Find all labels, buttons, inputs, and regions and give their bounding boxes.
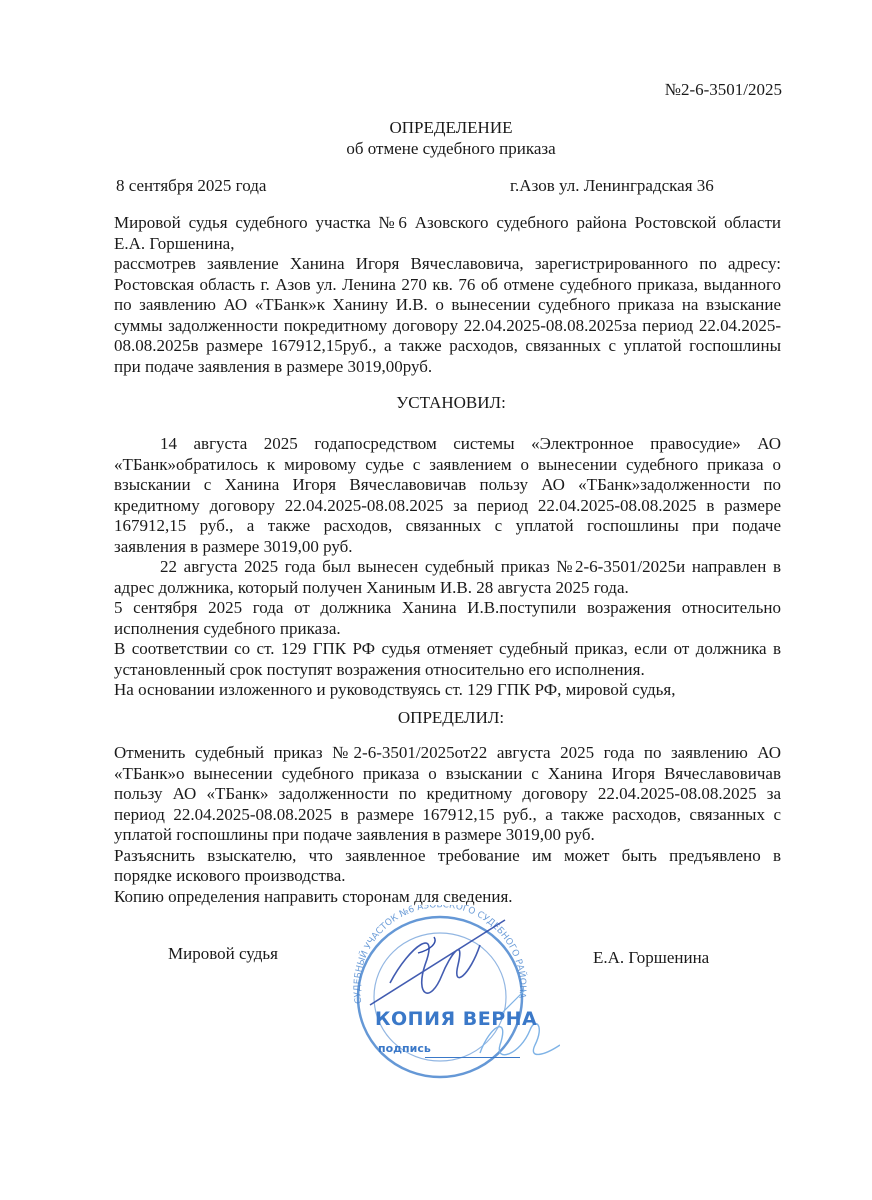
text-line: В соответствии со ст. 129 ГПК РФ судья о… [114, 639, 781, 660]
text-line: 08.08.2025в размере 167912,15руб., а так… [114, 336, 781, 357]
text-line: при подаче заявления в размере 3019,00ру… [114, 357, 781, 378]
text-line: порядке искового производства. [114, 866, 781, 887]
text-line: 167912,15 руб., а также расходов, связан… [114, 516, 781, 537]
text-line: 5 сентября 2025 года от должника Ханина … [114, 598, 781, 619]
text-line: взыскании с Ханина Игоря Вячеславовичав … [114, 475, 781, 496]
text-line: по заявлению АО «ТБанк»к Ханину И.В. о в… [114, 295, 781, 316]
text-line: 22 августа 2025 года был вынесен судебны… [114, 557, 781, 578]
ruled-paragraph: Отменить судебный приказ №2-6-3501/2025о… [114, 743, 781, 907]
section-heading-ruled: ОПРЕДЕЛИЛ: [0, 708, 872, 728]
text-line: период 22.04.2025-08.08.2025 в размере 1… [114, 805, 781, 826]
text-line: Е.А. Горшенина, [114, 234, 781, 255]
signature-name: Е.А. Горшенина [593, 948, 709, 968]
text-line: суммы задолженности покредитному договор… [114, 316, 781, 337]
text-line: Ростовская область г. Азов ул. Ленина 27… [114, 275, 781, 296]
text-line: 14 августа 2025 годапосредством системы … [114, 434, 781, 455]
stamp-seal-icon: СУДЕБНЫЙ УЧАСТОК №6 АЗОВСКОГО СУДЕБНОГО … [330, 905, 560, 1080]
document-title: ОПРЕДЕЛЕНИЕ [0, 118, 872, 138]
text-line: пользу АО «ТБанк» задолженности по креди… [114, 784, 781, 805]
established-paragraph: 14 августа 2025 годапосредством системы … [114, 434, 781, 701]
text-line: Отменить судебный приказ №2-6-3501/2025о… [114, 743, 781, 764]
text-line: установленный срок поступят возражения о… [114, 660, 781, 681]
stamp-signature-label: подпись [378, 1042, 431, 1055]
svg-text:СУДЕБНЫЙ УЧАСТОК №6 АЗОВСКОГО: СУДЕБНЫЙ УЧАСТОК №6 АЗОВСКОГО СУДЕБНОГО … [353, 905, 528, 1004]
court-stamp: СУДЕБНЫЙ УЧАСТОК №6 АЗОВСКОГО СУДЕБНОГО … [330, 905, 560, 1080]
section-heading-established: УСТАНОВИЛ: [0, 393, 872, 413]
text-line: Мировой судья судебного участка №6 Азовс… [114, 213, 781, 234]
text-line: Разъяснить взыскателю, что заявленное тр… [114, 846, 781, 867]
text-line: исполнения судебного приказа. [114, 619, 781, 640]
intro-paragraph: Мировой судья судебного участка №6 Азовс… [114, 213, 781, 377]
document-place: г.Азов ул. Ленинградская 36 [510, 176, 714, 196]
text-line: «ТБанк»о вынесении судебного приказа о в… [114, 764, 781, 785]
text-line: заявления в размере 3019,00 руб. [114, 537, 781, 558]
signature-role: Мировой судья [168, 944, 278, 964]
stamp-certified-label: КОПИЯ ВЕРНА [375, 1008, 537, 1030]
text-line: уплатой госпошлины при подаче заявления … [114, 825, 781, 846]
text-line: «ТБанк»обратилось к мировому судье с зая… [114, 455, 781, 476]
case-number: №2-6-3501/2025 [665, 80, 782, 100]
text-line: На основании изложенного и руководствуяс… [114, 680, 781, 701]
stamp-signature-line [425, 1057, 520, 1058]
document-page: №2-6-3501/2025 ОПРЕДЕЛЕНИЕ об отмене суд… [0, 0, 872, 1200]
text-line: рассмотрев заявление Ханина Игоря Вячесл… [114, 254, 781, 275]
text-line: Копию определения направить сторонам для… [114, 887, 781, 908]
document-date: 8 сентября 2025 года [116, 176, 266, 196]
text-line: адрес должника, который получен Ханиным … [114, 578, 781, 599]
text-line: кредитному договору 22.04.2025-08.08.202… [114, 496, 781, 517]
document-subtitle: об отмене судебного приказа [0, 139, 872, 159]
